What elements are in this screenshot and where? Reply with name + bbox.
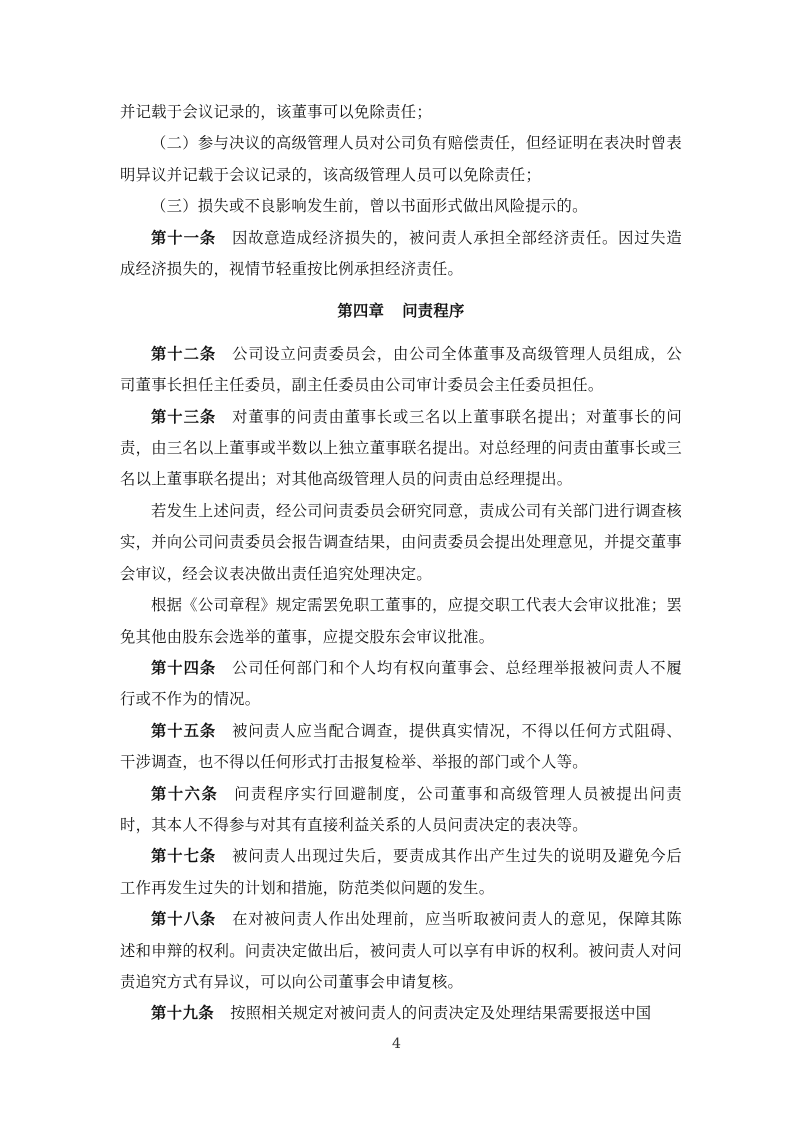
- article-label: 第十八条: [151, 910, 216, 928]
- article-label: 第十九条: [151, 1004, 214, 1022]
- paragraph-dismissal: 根据《公司章程》规定需罢免职工董事的，应提交职工代表大会审议批准；罢免其他由股东…: [120, 590, 682, 653]
- chapter-title: 问责程序: [402, 302, 464, 320]
- article-14: 第十四条公司任何部门和个人均有权向董事会、总经理举报被问责人不履行或不作为的情况…: [120, 653, 682, 716]
- article-label: 第十七条: [151, 847, 216, 865]
- page-number: 4: [0, 1034, 793, 1054]
- paragraph-text: 按照相关规定对被问责人的问责决定及处理结果需要报送中国: [230, 1004, 651, 1022]
- article-label: 第十一条: [151, 229, 216, 247]
- article-label: 第十三条: [151, 408, 216, 426]
- paragraph-text: 若发生上述问责，经公司问责委员会研究同意，责成公司有关部门进行调查核实，并向公司…: [120, 502, 682, 583]
- article-label: 第十四条: [151, 659, 216, 677]
- paragraph-investigation: 若发生上述问责，经公司问责委员会研究同意，责成公司有关部门进行调查核实，并向公司…: [120, 496, 682, 590]
- paragraph-text: （三）损失或不良影响发生前，曾以书面形式做出风险提示的。: [151, 197, 588, 215]
- paragraph-clause-3: （三）损失或不良影响发生前，曾以书面形式做出风险提示的。: [120, 191, 682, 222]
- paragraph-text: 并记载于会议记录的，该董事可以免除责任；: [120, 103, 432, 121]
- chapter-heading: 第四章问责程序: [120, 285, 682, 338]
- article-15: 第十五条被问责人应当配合调查，提供真实情况，不得以任何方式阻碍、干涉调查，也不得…: [120, 716, 682, 779]
- article-label: 第十六条: [151, 785, 218, 803]
- paragraph-continuation: 并记载于会议记录的，该董事可以免除责任；: [120, 97, 682, 128]
- article-12: 第十二条公司设立问责委员会，由公司全体董事及高级管理人员组成，公司董事长担任主任…: [120, 339, 682, 402]
- article-17: 第十七条被问责人出现过失后，要责成其作出产生过失的说明及避免今后工作再发生过失的…: [120, 841, 682, 904]
- paragraph-text: （二）参与决议的高级管理人员对公司负有赔偿责任，但经证明在表决时曾表明异议并记载…: [120, 134, 682, 183]
- paragraph-text: 根据《公司章程》规定需罢免职工董事的，应提交职工代表大会审议批准；罢免其他由股东…: [120, 596, 682, 645]
- paragraph-clause-2: （二）参与决议的高级管理人员对公司负有赔偿责任，但经证明在表决时曾表明异议并记载…: [120, 128, 682, 191]
- document-body: 并记载于会议记录的，该董事可以免除责任； （二）参与决议的高级管理人员对公司负有…: [120, 97, 682, 1030]
- chapter-number: 第四章: [337, 302, 384, 320]
- article-18: 第十八条在对被问责人作出处理前，应当听取被问责人的意见，保障其陈述和申辩的权利。…: [120, 904, 682, 998]
- article-13: 第十三条对董事的问责由董事长或三名以上董事联名提出；对董事长的问责，由三名以上董…: [120, 402, 682, 496]
- article-label: 第十五条: [151, 722, 216, 740]
- article-11: 第十一条因故意造成经济损失的，被问责人承担全部经济责任。因过失造成经济损失的，视…: [120, 223, 682, 286]
- article-label: 第十二条: [151, 345, 216, 363]
- article-19: 第十九条按照相关规定对被问责人的问责决定及处理结果需要报送中国: [120, 998, 682, 1029]
- article-16: 第十六条问责程序实行回避制度，公司董事和高级管理人员被提出问责时，其本人不得参与…: [120, 779, 682, 842]
